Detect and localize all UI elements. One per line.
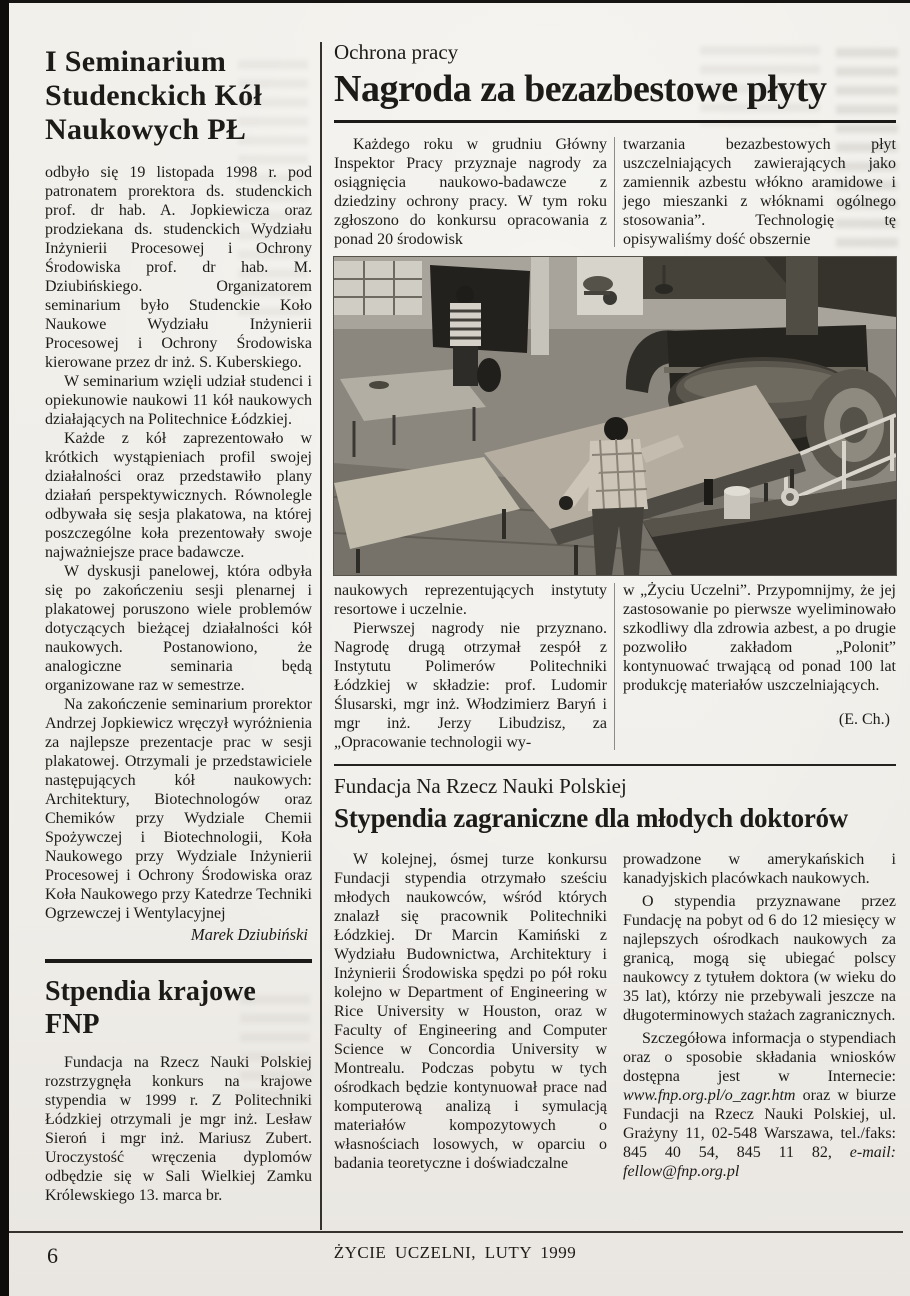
newspaper-page: I Seminarium Studenckich Kół Naukowych P… [0, 0, 910, 1296]
stypendia-headline: Stypendia zagraniczne dla młodych doktor… [334, 802, 896, 834]
ochrona-kicker: Ochrona pracy [334, 40, 896, 64]
fnp-url: www.fnp.org.pl/o_zagr.htm [623, 1087, 795, 1104]
stypendia-kicker: Fundacja Na Rzecz Nauki Polskiej [334, 774, 896, 798]
seminar-paragraph: Na zakończenie seminarium prorektor Andr… [45, 695, 312, 923]
journal-footer: ŻYCIE UCZELNI, LUTY 1999 [0, 1243, 910, 1263]
fnp-article-title: Stpendia krajowe FNP [45, 975, 312, 1041]
main-section: Ochrona pracy Nagroda za bezazbestowe pł… [334, 40, 896, 1181]
seminar-paragraph: odbyło się 19 listopada 1998 r. pod patr… [45, 163, 312, 372]
stypendia-paragraph: Szczegółowa informacja o stypendiach ora… [623, 1029, 896, 1181]
article-photo [334, 257, 896, 575]
ochrona-paragraph: w „Życiu Uczelni”. Przypomnijmy, że jej … [623, 581, 896, 695]
ochrona-top-columns: Każdego roku w grudniu Główny Inspektor … [334, 135, 896, 249]
stypendia-paragraph: O stypendia przyznawane przez Fundację n… [623, 892, 896, 1025]
ochrona-paragraph: Każdego roku w grudniu Główny Inspektor … [334, 135, 607, 249]
seminar-paragraph: W dyskusji panelowej, która odbyła się p… [45, 562, 312, 695]
fnp-paragraph: Fundacja na Rzecz Nauki Polskiej rozstrz… [45, 1053, 312, 1205]
ochrona-column-2: twarzania bezazbestowych płyt uszczelnia… [623, 135, 896, 249]
stypendia-column-1: W kolejnej, ósmej turze konkursu Fundacj… [334, 850, 607, 1181]
ochrona-paragraph: naukowych reprezentujących instytuty res… [334, 581, 607, 619]
seminar-paragraph: W seminarium wzięli udział studenci i op… [45, 372, 312, 429]
section-divider-rule [45, 959, 312, 963]
ochrona-column-4: w „Życiu Uczelni”. Przypomnijmy, że jej … [623, 581, 896, 752]
ochrona-bottom-columns: naukowych reprezentujących instytuty res… [334, 581, 896, 752]
scan-edge-left [0, 0, 9, 1296]
ochrona-paragraph: Pierwszej nagrody nie przyznano. Nagrodę… [334, 619, 607, 752]
stypendia-paragraph-text: Szczegółowa informacja o stypendiach ora… [623, 1030, 896, 1085]
headline-rule [334, 120, 896, 123]
gutter-rule [614, 583, 615, 750]
seminar-article-title: I Seminarium Studenckich Kół Naukowych P… [45, 45, 312, 147]
section-rule [334, 764, 896, 766]
ochrona-column-1: Każdego roku w grudniu Główny Inspektor … [334, 135, 607, 249]
stypendia-columns: W kolejnej, ósmej turze konkursu Fundacj… [334, 850, 896, 1181]
ochrona-paragraph: twarzania bezazbestowych płyt uszczelnia… [623, 135, 896, 249]
footer-rule [9, 1231, 903, 1233]
factory-photo-illustration [334, 257, 896, 575]
ochrona-headline: Nagroda za bezazbestowe płyty [334, 68, 896, 110]
scan-edge-top [9, 0, 910, 3]
ochrona-signature: (E. Ch.) [623, 711, 896, 729]
stypendia-paragraph: prowadzone w amerykańskich i kanadyjskic… [623, 850, 896, 888]
gutter-rule [614, 137, 615, 247]
stypendia-paragraph: W kolejnej, ósmej turze konkursu Fundacj… [334, 850, 607, 1173]
column-divider-rule [320, 42, 322, 1230]
seminar-author-byline: Marek Dziubiński [45, 925, 308, 945]
seminar-paragraph: Każde z kół zaprezentowało w krótkich wy… [45, 429, 312, 562]
ochrona-column-3: naukowych reprezentujących instytuty res… [334, 581, 607, 752]
stypendia-column-2: prowadzone w amerykańskich i kanadyjskic… [623, 850, 896, 1181]
left-column: I Seminarium Studenckich Kół Naukowych P… [45, 45, 312, 1205]
